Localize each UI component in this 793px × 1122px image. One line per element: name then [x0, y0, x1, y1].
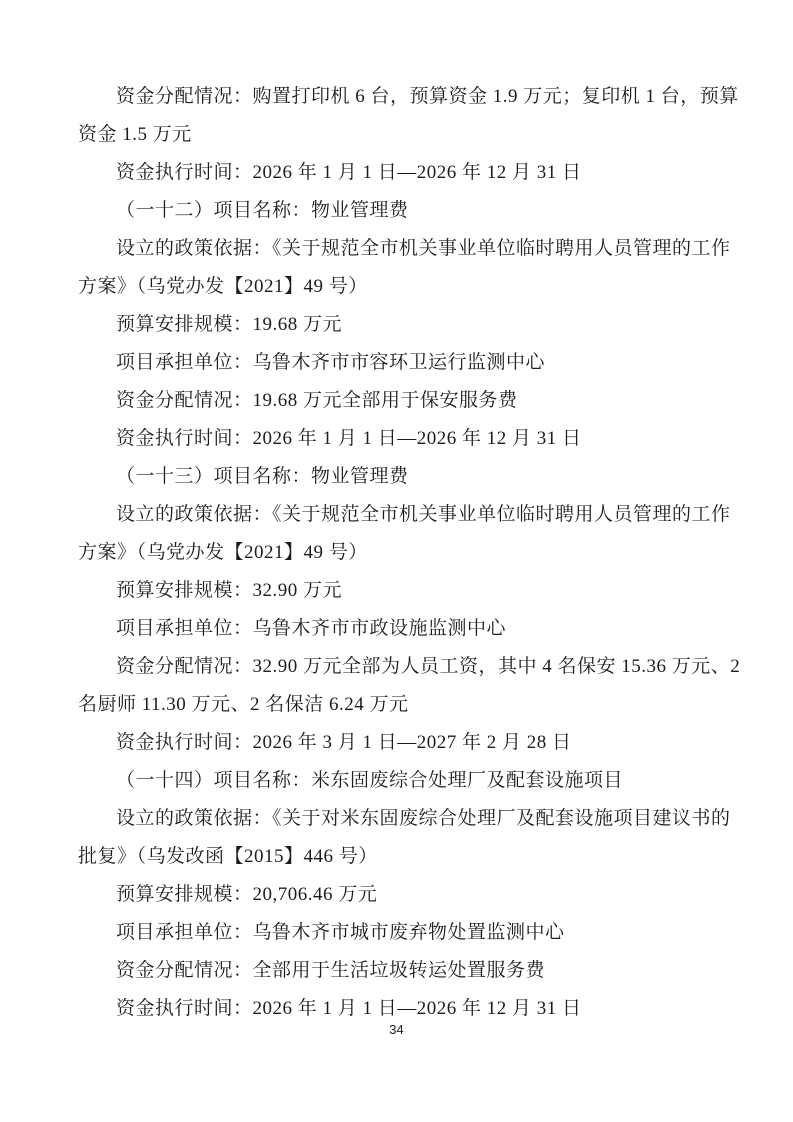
document-line: 资金分配情况：19.68 万元全部用于保安服务费 — [78, 382, 715, 420]
document-line: 设立的政策依据：《关于规范全市机关事业单位临时聘用人员管理的工作 — [78, 496, 715, 534]
document-line: （一十四）项目名称：米东固废综合处理厂及配套设施项目 — [78, 762, 715, 800]
document-line: 资金执行时间：2026 年 1 月 1 日—2026 年 12 月 31 日 — [78, 420, 715, 458]
document-line: 设立的政策依据：《关于规范全市机关事业单位临时聘用人员管理的工作 — [78, 230, 715, 268]
document-page: 资金分配情况：购置打印机 6 台，预算资金 1.9 万元；复印机 1 台，预算 … — [0, 0, 793, 1122]
document-line: 批复》（乌发改函【2015】446 号） — [78, 838, 715, 876]
document-line: 项目承担单位：乌鲁木齐市市容环卫运行监测中心 — [78, 344, 715, 382]
document-line: （一十三）项目名称：物业管理费 — [78, 458, 715, 496]
document-line: 资金分配情况：购置打印机 6 台，预算资金 1.9 万元；复印机 1 台，预算 — [78, 78, 715, 116]
document-line: 资金执行时间：2026 年 1 月 1 日—2026 年 12 月 31 日 — [78, 154, 715, 192]
document-line: 项目承担单位：乌鲁木齐市市政设施监测中心 — [78, 610, 715, 648]
document-line: 预算安排规模：20,706.46 万元 — [78, 876, 715, 914]
document-line: 资金 1.5 万元 — [78, 116, 715, 154]
document-line: 资金分配情况：32.90 万元全部为人员工资，其中 4 名保安 15.36 万元… — [78, 648, 715, 686]
document-line: 预算安排规模：19.68 万元 — [78, 306, 715, 344]
document-line: 资金执行时间：2026 年 3 月 1 日—2027 年 2 月 28 日 — [78, 724, 715, 762]
document-line: 设立的政策依据：《关于对米东固废综合处理厂及配套设施项目建议书的 — [78, 800, 715, 838]
document-line: （一十二）项目名称：物业管理费 — [78, 192, 715, 230]
document-body: 资金分配情况：购置打印机 6 台，预算资金 1.9 万元；复印机 1 台，预算 … — [78, 78, 715, 1028]
document-line: 项目承担单位：乌鲁木齐市城市废弃物处置监测中心 — [78, 914, 715, 952]
document-line: 名厨师 11.30 万元、2 名保洁 6.24 万元 — [78, 686, 715, 724]
document-line: 方案》（乌党办发【2021】49 号） — [78, 268, 715, 306]
document-line: 预算安排规模：32.90 万元 — [78, 572, 715, 610]
page-number: 34 — [0, 1022, 793, 1037]
document-line: 资金分配情况：全部用于生活垃圾转运处置服务费 — [78, 952, 715, 990]
document-line: 方案》（乌党办发【2021】49 号） — [78, 534, 715, 572]
